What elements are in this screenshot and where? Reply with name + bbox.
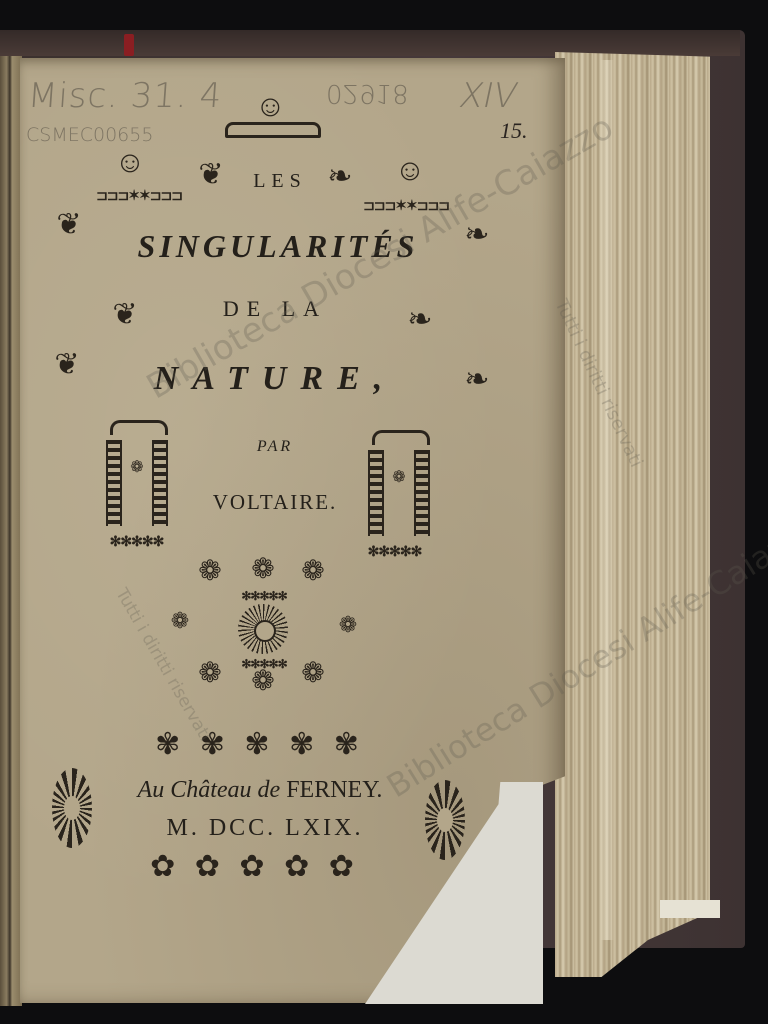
right-face-ornament-icon: ☺ [392, 156, 428, 186]
right-pillar-base-ornament: ✻✻✻✻✻ [352, 546, 437, 560]
fore-edge-highlight [600, 60, 614, 940]
left-pillar-ornament [152, 440, 168, 526]
shelfmark-annotation: Misc. 31. 4 [27, 76, 224, 116]
top-face-ornament-icon: ☺ [255, 92, 285, 122]
book-gutter [0, 56, 22, 1006]
scroll-ornament-icon: ❧ [405, 305, 435, 335]
by-label: PAR [240, 438, 310, 456]
sun-face-ornament-icon [238, 604, 288, 654]
right-pillar-ornament [414, 450, 430, 536]
scroll-ornament-icon: ❦ [110, 300, 140, 330]
imprint-place-name: FERNEY. [286, 777, 382, 803]
scroll-ornament-icon: ❦ [196, 160, 226, 190]
fleuron-icon: ❁ [245, 668, 281, 696]
fleuron-icon: ❁ [195, 660, 225, 688]
left-face-ornament-icon: ☺ [112, 148, 148, 178]
left-fan-ornament-icon [52, 768, 92, 848]
imprint-place: Au Château de FERNEY. [110, 777, 410, 804]
left-pillar-ornament [106, 440, 122, 526]
left-rule-ornament: ⊐⊐⊐✶✶⊐⊐⊐ [78, 190, 200, 204]
inventory-code-annotation: CSMEC00655 [26, 124, 153, 146]
author-name: VOLTAIRE. [190, 490, 360, 515]
scroll-ornament-icon: ❦ [52, 350, 82, 380]
rose-ornament-icon: ❁ [388, 470, 410, 486]
book-top-board [0, 30, 740, 56]
left-pillar-base-ornament: ✻✻✻✻✻ [94, 536, 179, 550]
top-cartouche-ornament [225, 122, 321, 138]
fleuron-icon: ❁ [245, 556, 281, 584]
inverted-number-annotation: 02918 [326, 78, 409, 108]
page-number: 15. [500, 118, 528, 144]
imprint-place-prefix: Au Château de [138, 777, 281, 803]
star-row-ornament: ✻✻✻✻✻ [225, 590, 303, 602]
flower-band-top-ornament: ✾ ✾ ✾ ✾ ✾ [105, 730, 415, 760]
fleuron-icon: ❁ [165, 610, 195, 632]
fleuron-icon: ❁ [298, 558, 328, 586]
scroll-ornament-icon: ❧ [325, 162, 355, 192]
scroll-ornament-icon: ❧ [462, 365, 492, 395]
left-arch-ornament [110, 420, 168, 435]
fleuron-icon: ❁ [333, 614, 363, 636]
right-fan-ornament-icon [425, 780, 465, 860]
fleuron-icon: ❁ [195, 558, 225, 586]
imprint-date: M. DCC. LXIX. [140, 815, 390, 842]
page-fore-edge [555, 52, 710, 977]
rose-ornament-icon: ❁ [126, 460, 148, 476]
flower-band-bottom-ornament: ✿ ✿ ✿ ✿ ✿ [100, 852, 410, 882]
headband-ribbon [124, 34, 134, 56]
endpaper [660, 900, 720, 918]
right-arch-ornament [372, 430, 430, 445]
fleuron-icon: ❁ [298, 660, 328, 688]
right-pillar-ornament [368, 450, 384, 536]
roman-volume-annotation: XIV [456, 76, 521, 116]
title-les: LES [235, 170, 325, 193]
